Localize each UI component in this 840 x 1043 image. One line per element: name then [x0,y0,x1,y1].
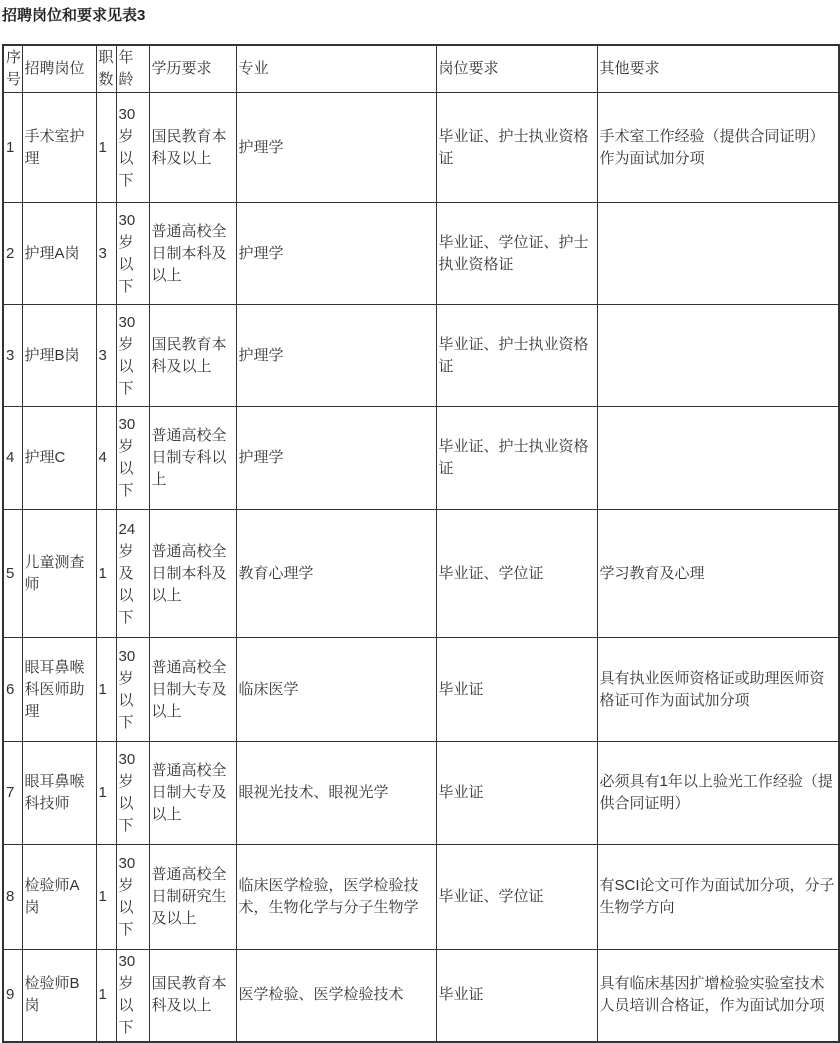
column-header: 序号 [3,45,22,93]
table-cell: 4 [3,407,22,510]
table-cell: 临床医学 [236,638,436,742]
table-cell: 1 [96,510,116,638]
table-cell: 毕业证 [436,742,597,845]
table-row: 1手术室护理130岁以下国民教育本科及以上护理学毕业证、护士执业资格证手术室工作… [3,93,839,203]
table-cell: 1 [96,742,116,845]
table-cell: 护理A岗 [22,203,96,305]
table-row: 2护理A岗330岁以下普通高校全日制本科及以上护理学毕业证、学位证、护士执业资格… [3,203,839,305]
table-cell: 眼耳鼻喉科技师 [22,742,96,845]
table-cell: 30岁以下 [116,950,149,1042]
table-cell: 普通高校全日制本科及以上 [149,203,236,305]
table-cell: 护理C [22,407,96,510]
table-cell: 毕业证、护士执业资格证 [436,305,597,407]
column-header: 岗位要求 [436,45,597,93]
table-cell: 有SCI论文可作为面试加分项，分子生物学方向 [597,845,839,950]
column-header: 专业 [236,45,436,93]
table-cell: 毕业证、护士执业资格证 [436,93,597,203]
table-cell: 眼视光技术、眼视光学 [236,742,436,845]
table-cell: 普通高校全日制专科以上 [149,407,236,510]
table-cell [597,203,839,305]
table-cell: 普通高校全日制本科及以上 [149,510,236,638]
table-cell: 30岁以下 [116,742,149,845]
table-cell: 国民教育本科及以上 [149,950,236,1042]
table-cell: 1 [96,950,116,1042]
table-cell: 毕业证、学位证、护士执业资格证 [436,203,597,305]
table-cell: 检验师A岗 [22,845,96,950]
table-row: 4护理C430岁以下普通高校全日制专科以上护理学毕业证、护士执业资格证 [3,407,839,510]
table-cell: 1 [96,93,116,203]
table-row: 5儿童测查师124岁及以下普通高校全日制本科及以上教育心理学毕业证、学位证学习教… [3,510,839,638]
table-cell: 9 [3,950,22,1042]
page-title: 招聘岗位和要求见表3 [2,6,840,26]
table-cell: 3 [96,203,116,305]
table-cell: 手术室护理 [22,93,96,203]
table-cell: 护理学 [236,203,436,305]
table-cell: 检验师B岗 [22,950,96,1042]
table-cell: 毕业证、学位证 [436,845,597,950]
header-row: 序号招聘岗位职数年龄学历要求专业岗位要求其他要求 [3,45,839,93]
table-cell: 国民教育本科及以上 [149,305,236,407]
recruitment-table: 序号招聘岗位职数年龄学历要求专业岗位要求其他要求 1手术室护理130岁以下国民教… [2,44,840,1043]
page: 招聘岗位和要求见表3 序号招聘岗位职数年龄学历要求专业岗位要求其他要求 1手术室… [0,0,840,1043]
table-cell: 具有临床基因扩增检验实验室技术人员培训合格证，作为面试加分项 [597,950,839,1042]
table-cell: 2 [3,203,22,305]
table-cell: 30岁以下 [116,203,149,305]
table-cell: 5 [3,510,22,638]
table-cell: 护理学 [236,305,436,407]
table-cell: 教育心理学 [236,510,436,638]
column-header: 招聘岗位 [22,45,96,93]
table-cell: 3 [96,305,116,407]
table-cell [597,407,839,510]
table-cell: 眼耳鼻喉科医师助理 [22,638,96,742]
table-cell: 30岁以下 [116,305,149,407]
table-cell [597,305,839,407]
table-cell: 7 [3,742,22,845]
table-cell: 具有执业医师资格证或助理医师资格证可作为面试加分项 [597,638,839,742]
table-cell: 4 [96,407,116,510]
table-cell: 普通高校全日制大专及以上 [149,638,236,742]
column-header: 年龄 [116,45,149,93]
table-cell: 30岁以下 [116,638,149,742]
table-row: 6眼耳鼻喉科医师助理130岁以下普通高校全日制大专及以上临床医学毕业证具有执业医… [3,638,839,742]
table-cell: 24岁及以下 [116,510,149,638]
table-cell: 3 [3,305,22,407]
table-cell: 普通高校全日制研究生及以上 [149,845,236,950]
table-cell: 毕业证 [436,638,597,742]
column-header: 其他要求 [597,45,839,93]
table-cell: 30岁以下 [116,845,149,950]
table-cell: 学习教育及心理 [597,510,839,638]
table-cell: 1 [3,93,22,203]
table-cell: 1 [96,845,116,950]
table-cell: 毕业证 [436,950,597,1042]
table-cell: 必须具有1年以上验光工作经验（提供合同证明） [597,742,839,845]
table-row: 3护理B岗330岁以下国民教育本科及以上护理学毕业证、护士执业资格证 [3,305,839,407]
table-cell: 国民教育本科及以上 [149,93,236,203]
table-row: 9检验师B岗130岁以下国民教育本科及以上医学检验、医学检验技术毕业证具有临床基… [3,950,839,1042]
table-cell: 护理B岗 [22,305,96,407]
table-row: 8检验师A岗130岁以下普通高校全日制研究生及以上临床医学检验，医学检验技术，生… [3,845,839,950]
column-header: 职数 [96,45,116,93]
table-cell: 1 [96,638,116,742]
table-row: 7眼耳鼻喉科技师130岁以下普通高校全日制大专及以上眼视光技术、眼视光学毕业证必… [3,742,839,845]
table-cell: 30岁以下 [116,93,149,203]
table-cell: 30岁以下 [116,407,149,510]
table-cell: 毕业证、护士执业资格证 [436,407,597,510]
table-cell: 6 [3,638,22,742]
table-cell: 护理学 [236,93,436,203]
table-cell: 儿童测查师 [22,510,96,638]
column-header: 学历要求 [149,45,236,93]
table-cell: 护理学 [236,407,436,510]
table-cell: 临床医学检验，医学检验技术，生物化学与分子生物学 [236,845,436,950]
table-cell: 8 [3,845,22,950]
table-cell: 手术室工作经验（提供合同证明）作为面试加分项 [597,93,839,203]
table-cell: 普通高校全日制大专及以上 [149,742,236,845]
table-cell: 医学检验、医学检验技术 [236,950,436,1042]
table-body: 1手术室护理130岁以下国民教育本科及以上护理学毕业证、护士执业资格证手术室工作… [3,93,839,1042]
table-cell: 毕业证、学位证 [436,510,597,638]
